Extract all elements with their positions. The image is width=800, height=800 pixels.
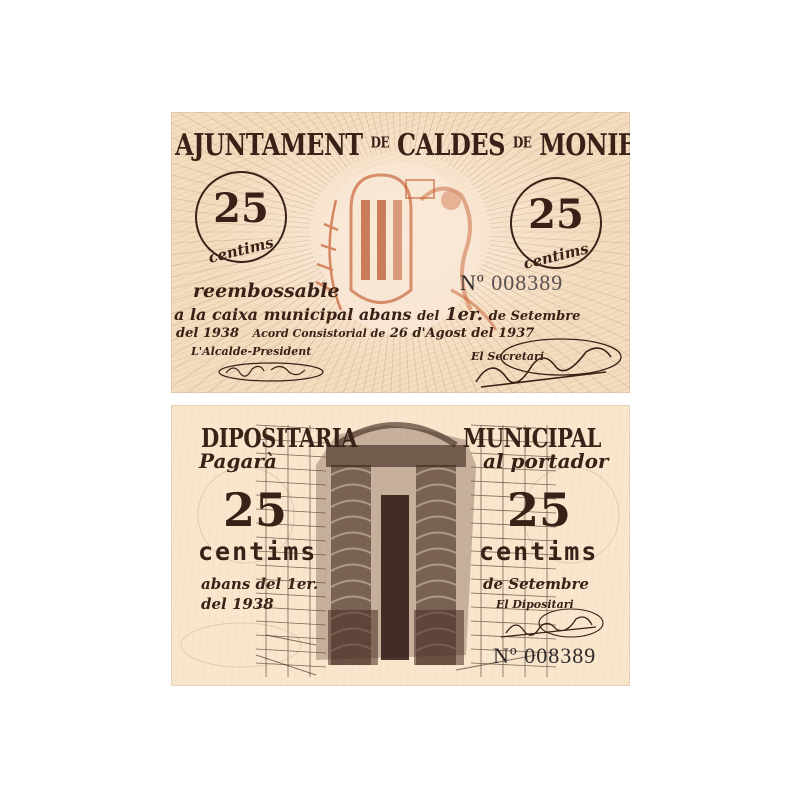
signature-secretary	[466, 332, 626, 392]
denomination-left: 25	[223, 483, 287, 537]
denomination-value: 25	[512, 191, 600, 238]
signature-mayor	[216, 358, 336, 388]
serial-prefix: Nº	[493, 643, 518, 668]
text-setembre: de Setembre	[483, 575, 589, 593]
title-small-word: DE	[371, 134, 390, 152]
front-title: AJUNTAMENT DE CALDES DE MONIBUI	[175, 126, 630, 162]
text-reembossable: reembossable	[193, 280, 340, 302]
denomination-unit-left: centims	[198, 537, 317, 566]
title-word: MONIBUI	[539, 126, 630, 162]
banknote-front: AJUNTAMENT DE CALDES DE MONIBUI 25 centi…	[171, 112, 630, 393]
title-word: CALDES	[397, 126, 505, 162]
text-line-2: a la caixa municipal abans del 1er. de S…	[174, 304, 580, 325]
text-fragment: del	[417, 309, 439, 324]
denomination-right: 25	[507, 483, 571, 537]
signature-depositary	[501, 605, 611, 645]
denomination-value: 25	[197, 185, 285, 232]
text-abans: abans del 1er.	[201, 575, 318, 593]
denomination-badge-right: 25 centims	[510, 177, 602, 269]
banknote-back: DIPOSITARIA MUNICIPAL Pagarà al portador…	[171, 405, 630, 686]
text-fragment: a la caixa municipal abans	[174, 305, 411, 324]
signer-label-mayor: L'Alcalde-President	[191, 345, 311, 358]
serial-value: 008389	[524, 643, 596, 668]
text-year: del 1938	[201, 595, 274, 613]
denomination-unit-right: centims	[479, 537, 598, 566]
pay-label-left: Pagarà	[199, 449, 277, 473]
title-small-word: DE	[513, 134, 532, 152]
text-fragment: 1er.	[445, 304, 483, 325]
text-fragment: Acord Consistorial de	[253, 327, 386, 340]
text-fragment: del 1938	[176, 326, 239, 341]
serial-number: Nº 008389	[460, 270, 563, 296]
title-word: AJUNTAMENT	[175, 126, 363, 162]
serial-number: Nº 008389	[493, 643, 596, 669]
text-fragment: de Setembre	[489, 309, 581, 324]
pay-label-right: al portador	[483, 449, 608, 473]
serial-prefix: Nº	[460, 270, 485, 295]
serial-value: 008389	[491, 270, 563, 295]
denomination-badge-left: 25 centims	[195, 171, 287, 263]
